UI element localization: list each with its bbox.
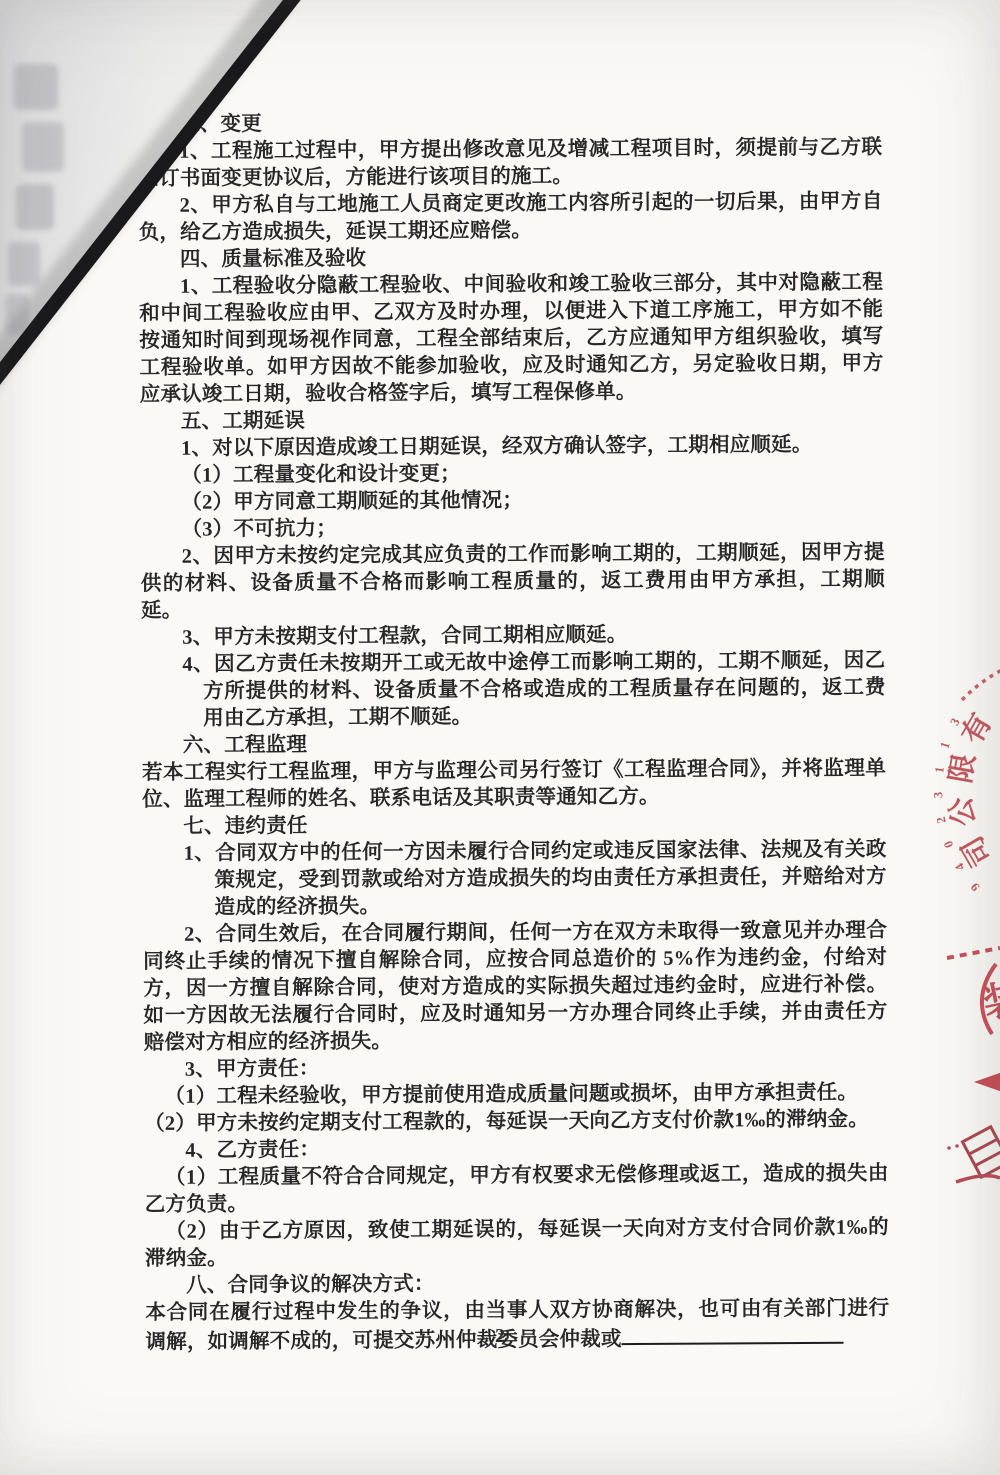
seal-digit: 0 xyxy=(941,839,956,850)
seal-digit: 1 xyxy=(932,766,947,774)
seal-serial-digits: 9 4 0 2 3 1 1 3 xyxy=(931,716,983,894)
contract-paragraph: 1、合同双方中的任何一方因未履行合同约定或违反国家法律、法规及有关政策规定，受到… xyxy=(142,836,886,922)
seal-digit: 1 xyxy=(937,740,952,750)
seal-char: 司 xyxy=(955,830,998,872)
seal-star xyxy=(963,1017,1000,1137)
seal-speck xyxy=(955,1144,959,1148)
contract-subitem: （1）工程质量不符合合同规定，甲方有权要求无偿修理或返工，造成的损失由乙方负责。 xyxy=(144,1160,888,1219)
seal-char: 限 xyxy=(944,751,982,785)
seal-char: 公 xyxy=(945,794,982,828)
company-seal-stamp: 有 限 公 司 9 4 0 2 3 1 1 3 xyxy=(931,670,1000,894)
seal-fragment-curve xyxy=(956,1176,1000,1182)
seal-digit: 2 xyxy=(934,816,949,825)
contract-paragraph: 2、甲方私自与工地施工人员商定更改施工内容所引起的一切后果，由甲方自负，给乙方造… xyxy=(138,188,882,247)
ghost-bleedthrough-text xyxy=(5,64,64,334)
contract-subitem: （2）甲方未按约定期支付工程款的，每延误一天向乙方支付价款1‰的滞纳金。 xyxy=(144,1106,888,1138)
contract-paragraph: 2、因甲方未按约定完成其应负责的工作而影响工期的，工期顺延，因甲方提供的材料、设… xyxy=(141,539,885,625)
seal-digit: 3 xyxy=(947,716,962,728)
seal-digit: 9 xyxy=(968,880,983,894)
seal-digit: 3 xyxy=(931,792,945,799)
seal-paren-stroke xyxy=(982,964,996,1034)
binding-seal-stamp: 装 xyxy=(947,948,1000,1182)
seal-border-arc xyxy=(962,670,1000,700)
seal-char: 有 xyxy=(955,708,998,750)
seal-speck xyxy=(947,1146,951,1150)
contract-subitem: （2）由于乙方原因，致使工期延误的，每延误一天向对方支付合同价款1‰的滞纳金。 xyxy=(145,1214,889,1273)
contract-paragraph: 1、对以下原因造成竣工日期延误，经双方确认签字，工期相应顺延。 xyxy=(140,431,884,463)
contract-page-body: 三、变更 1、工程施工过程中，甲方提出修改意见及增减工程项目时，须提前与乙方联系… xyxy=(138,107,890,1356)
seal-fragment-char: 装 xyxy=(979,975,1000,1027)
contract-paragraph: 1、工程验收分隐蔽工程验收、中间验收和竣工验收三部分，其中对隐蔽工程和中间工程验… xyxy=(139,269,884,409)
contract-paragraph: 1、工程施工过程中，甲方提出修改意见及增减工程项目时，须提前与乙方联系订书面变更… xyxy=(138,134,882,193)
contract-paragraph: 4、因乙方责任未按期开工或无故中途停工而影响工期的，工期不顺延，因乙方所提供的材… xyxy=(141,647,885,733)
seal-fragment-dashes xyxy=(947,948,1000,958)
seal-digit: 4 xyxy=(952,860,968,873)
contract-paragraph: 2、合同生效后，在合同履行期间，任何一方在双方未取得一致意见并办理合同终止手续的… xyxy=(143,917,888,1057)
seal-fragment-glyph xyxy=(962,1127,1000,1177)
contract-paragraph: 若本工程实行工程监理，甲方与监理公司另行签订《工程监理合同》，并将监理单位、监理… xyxy=(142,755,886,814)
page-number: 2 xyxy=(0,1325,1000,1348)
